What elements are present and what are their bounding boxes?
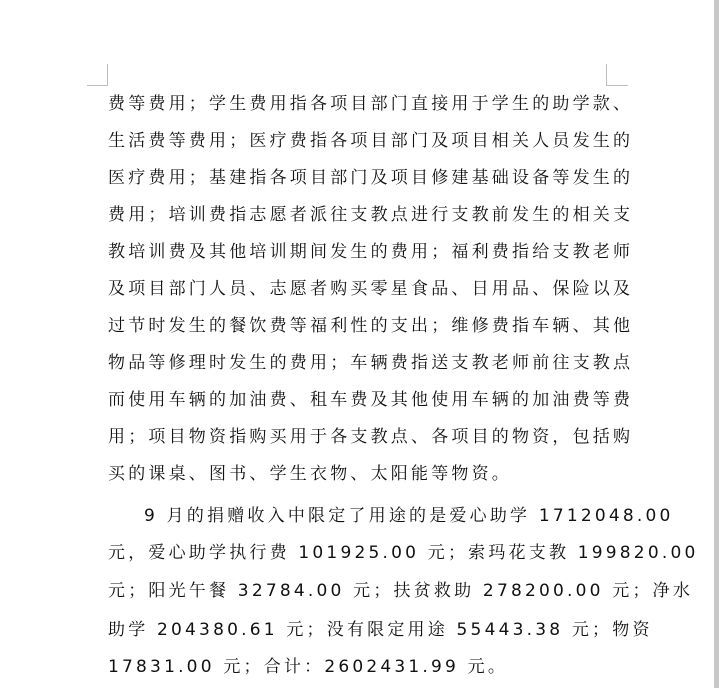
page-edge-gutter: [714, 0, 719, 688]
paragraph-1-line-7: 过节时发生的餐饮费等福利性的支出；维修费指车辆、其他: [108, 314, 633, 338]
paragraph-2-line-3: 元；阳光午餐 32784.00 元；扶贫救助 278200.00 元；净水: [108, 579, 693, 603]
paragraph-2-line-4: 助学 204380.61 元；没有限定用途 55443.38 元；物资: [108, 618, 653, 642]
paragraph-1-line-6: 及项目部门人员、志愿者购买零星食品、日用品、保险以及: [108, 277, 633, 301]
paragraph-1-line-1: 费等费用；学生费用指各项目部门直接用于学生的助学款、: [108, 92, 633, 116]
paragraph-1-line-4: 费用；培训费指志愿者派往支教点进行支教前发生的相关支: [108, 203, 633, 227]
top-left-margin-mark: [87, 64, 108, 86]
top-right-margin-mark: [606, 64, 628, 86]
paragraph-1-line-9: 而使用车辆的加油费、租车费及其他使用车辆的加油费等费: [108, 388, 633, 412]
paragraph-1-line-3: 医疗费用；基建指各项目部门及项目修建基础设备等发生的: [108, 166, 633, 190]
document-page[interactable]: 费等费用；学生费用指各项目部门直接用于学生的助学款、 生活费等费用；医疗费指各项…: [0, 0, 714, 688]
paragraph-1-line-8: 物品等修理时发生的费用；车辆费指送支教老师前往支教点: [108, 351, 633, 375]
paragraph-2-line-1: 9 月的捐赠收入中限定了用途的是爱心助学 1712048.00: [144, 504, 674, 528]
paragraph-1-line-5: 教培训费及其他培训期间发生的费用；福利费指给支教老师: [108, 240, 633, 264]
paragraph-1-line-2: 生活费等费用；医疗费指各项目部门及项目相关人员发生的: [108, 129, 633, 153]
paragraph-2-line-5: 17831.00 元；合计：2602431.99 元。: [108, 655, 508, 679]
paragraph-1-line-10: 用；项目物资指购买用于各支教点、各项目的物资，包括购: [108, 425, 633, 449]
document-viewport: 费等费用；学生费用指各项目部门直接用于学生的助学款、 生活费等费用；医疗费指各项…: [0, 0, 719, 688]
paragraph-1-line-11: 买的课桌、图书、学生衣物、太阳能等物资。: [108, 462, 512, 486]
paragraph-2-line-2: 元，爱心助学执行费 101925.00 元；索玛花支教 199820.00: [108, 541, 698, 565]
